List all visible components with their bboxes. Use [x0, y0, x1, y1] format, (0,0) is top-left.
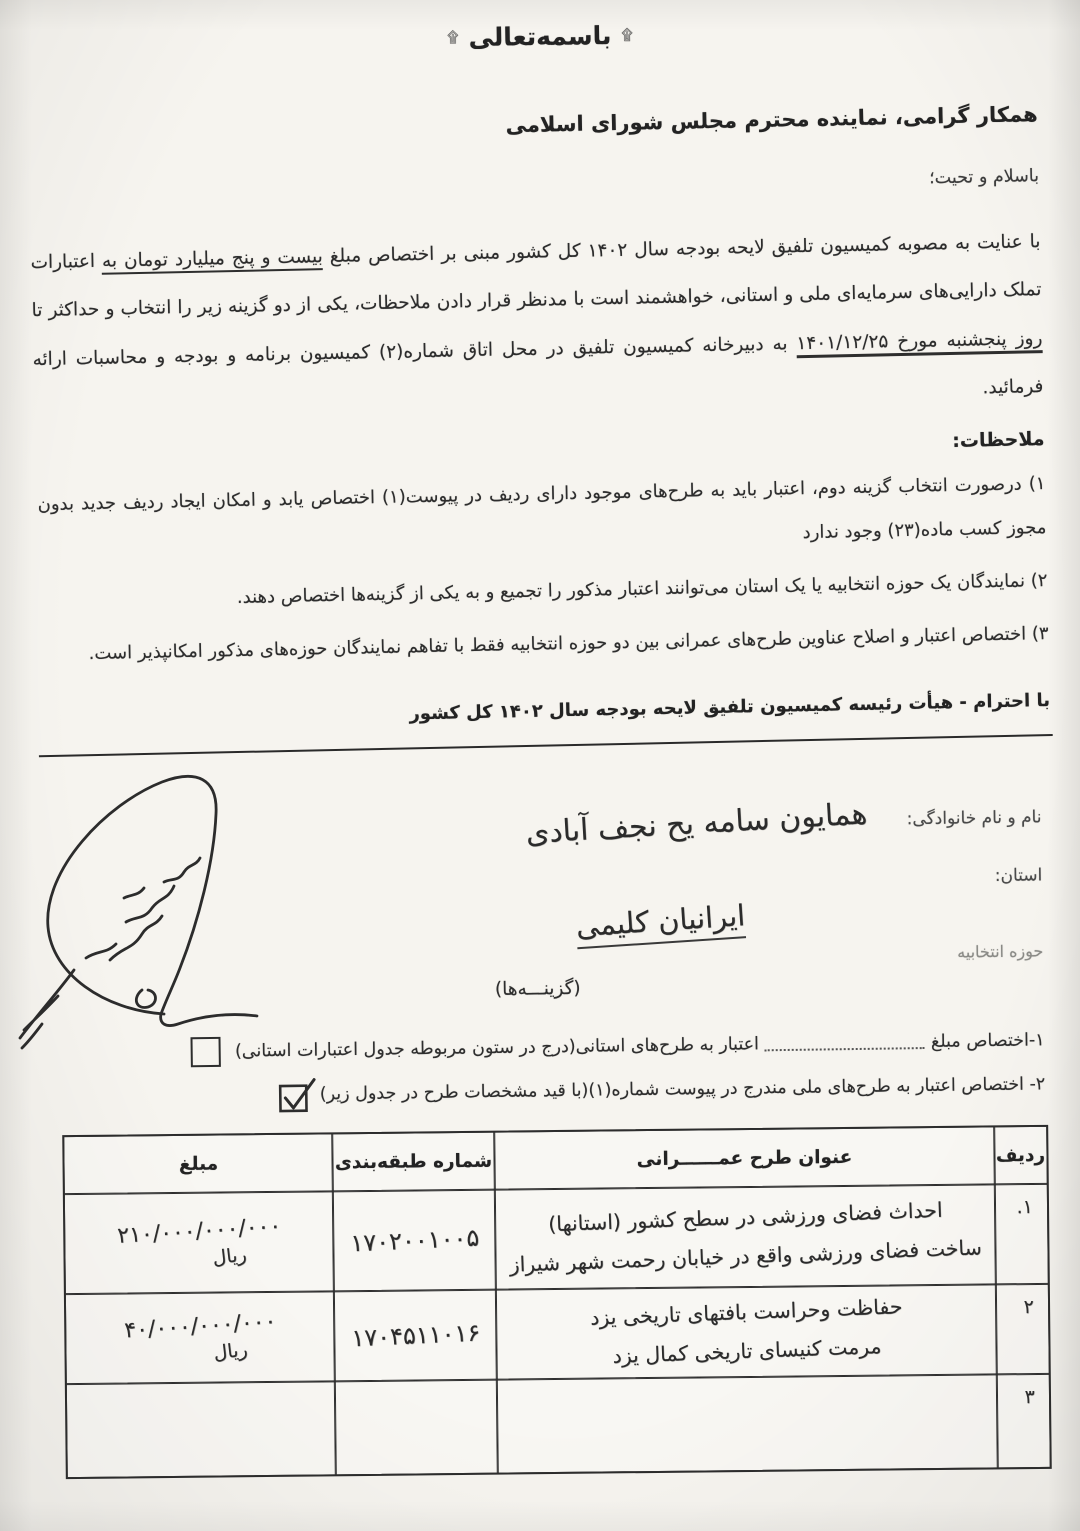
row-2-classification-number: ۱۷۰۴۵۱۱۰۱۶: [350, 1319, 480, 1353]
row-2-amount-unit: ریال: [212, 1338, 248, 1364]
table-row-1-number: ۱.: [994, 1183, 1049, 1285]
note-item-3: ۳) اختصاص اعتبار و اصلاح عناوین طرح‌های …: [40, 612, 1049, 677]
row-1-amount-value: ۲۱۰/۰۰۰/۰۰۰/۰۰۰: [117, 1213, 282, 1248]
table-row-3-title: [496, 1374, 998, 1474]
response-form: نام و نام خانوادگی: همایون سامه یح نجف آ…: [16, 0, 1032, 8]
salutation: همکار گرامی، نماینده محترم مجلس شورای اس…: [505, 102, 1038, 137]
header-project-title: عنوان طرح عمــــــرانی: [493, 1127, 995, 1191]
letter-body: همکار گرامی، نماینده محترم مجلس شورای اس…: [21, 0, 1037, 11]
table-row-3-classification: [334, 1379, 498, 1475]
signature-icon: [14, 762, 324, 1062]
underlined-amount: بیست و پنج میلیارد تومان به: [102, 246, 323, 275]
district-label: حوزه انتخابیه: [957, 941, 1043, 961]
ornament-icon: ۩: [447, 28, 459, 46]
header-row-number: ردیف: [993, 1126, 1047, 1185]
header-amount: مبلغ: [63, 1134, 333, 1195]
option-1-row: ۱-اختصاص مبلغ اعتبار به طرح‌های استانی(د…: [191, 1025, 1045, 1067]
body-text-1: با عنایت به مصوبه کمیسیون تلفیق لایحه بو…: [323, 231, 1041, 267]
name-label: نام و نام خانوادگی:: [907, 807, 1042, 829]
table-row-3-number: ۳: [996, 1373, 1050, 1468]
notes-list: ۱) درصورت انتخاب گزینه دوم، اعتبار باید …: [37, 462, 1049, 686]
province-line: استان:: [995, 865, 1043, 886]
horizontal-rule: [39, 734, 1053, 757]
bismillah-text: باسمه‌تعالی: [468, 21, 611, 52]
bismillah-header: ۩باسمه‌تعالی۩: [0, 14, 1080, 58]
table-row-1-classification: ۱۷۰۲۰۰۱۰۰۵: [332, 1189, 497, 1292]
signoff: با احترام - هیأت رئیسه کمیسیون تلفیق لای…: [409, 690, 1050, 724]
handwritten-signature: [14, 762, 324, 1062]
table-row-1-title: احداث فضای ورزشی در سطح کشور (استانها) س…: [494, 1184, 997, 1291]
row-2-amount-value: ۴۰/۰۰۰/۰۰۰/۰۰۰: [123, 1308, 276, 1343]
table-row-1-amount: ۲۱۰/۰۰۰/۰۰۰/۰۰۰ ریال: [64, 1191, 335, 1295]
projects-table: ردیف عنوان طرح عمــــــرانی شماره طبقه‌ب…: [62, 1125, 1052, 1479]
table-row-2-number: ۲: [995, 1283, 1049, 1375]
table-row-2-title: حفاظت وحراست بافتهای تاریخی یزد مرمت کنی…: [495, 1284, 997, 1381]
option-2-row: ۲- اختصاص اعتبار به طرح‌های ملی مندرج در…: [276, 1069, 1046, 1110]
province-label: استان:: [995, 865, 1043, 886]
option-1-suffix: اعتبار به طرح‌های استانی(درج در ستون مرب…: [235, 1034, 759, 1061]
option-2-checkbox-checked[interactable]: [276, 1080, 306, 1110]
underlined-deadline-date: روز پنجشنبه مورخ ۱۴۰۱/۱۲/۲۵: [796, 328, 1042, 358]
scanned-paper: ۩باسمه‌تعالی۩ همکار گرامی، نماینده محترم…: [0, 0, 1080, 1531]
greeting: باسلام و تحیت؛: [929, 166, 1039, 188]
name-line: نام و نام خانوادگی: همایون سامه یح نجف آ…: [525, 801, 1042, 843]
row-1-amount-unit: ریال: [211, 1243, 247, 1269]
ornament-icon: ۩: [621, 26, 633, 44]
body-paragraph: با عنایت به مصوبه کمیسیون تلفیق لایحه بو…: [30, 218, 1044, 433]
option-1-prefix: ۱-اختصاص مبلغ: [931, 1030, 1045, 1052]
table-row-3-amount: [66, 1381, 336, 1478]
option-2-label: ۲- اختصاص اعتبار به طرح‌های ملی مندرج در…: [320, 1074, 1046, 1104]
district-handwritten-value: ایرانیان کلیمی: [574, 898, 746, 949]
fill-in-dotted-line: [765, 1035, 925, 1051]
row-1-classification-number: ۱۷۰۲۰۰۱۰۰۵: [349, 1224, 479, 1258]
table-row-2-classification: ۱۷۰۴۵۱۱۰۱۶: [333, 1289, 497, 1382]
option-1-checkbox[interactable]: [191, 1037, 221, 1067]
options-title: (گزینـــه‌ها): [30, 971, 1046, 1006]
scanned-letter-page: { "doc": { "bismillah": "باسمه‌تعالی", "…: [0, 0, 1080, 1531]
name-handwritten-value: همایون سامه یح نجف آبادی: [525, 796, 868, 851]
note-item-1: ۱) درصورت انتخاب گزینه دوم، اعتبار باید …: [37, 462, 1047, 571]
checkmark-icon: [276, 1073, 323, 1120]
table-row-2-amount: ۴۰/۰۰۰/۰۰۰/۰۰۰ ریال: [65, 1291, 335, 1385]
notes-title: ملاحظات:: [952, 428, 1045, 452]
header-classification-number: شماره طبقه‌بندی: [331, 1132, 495, 1192]
